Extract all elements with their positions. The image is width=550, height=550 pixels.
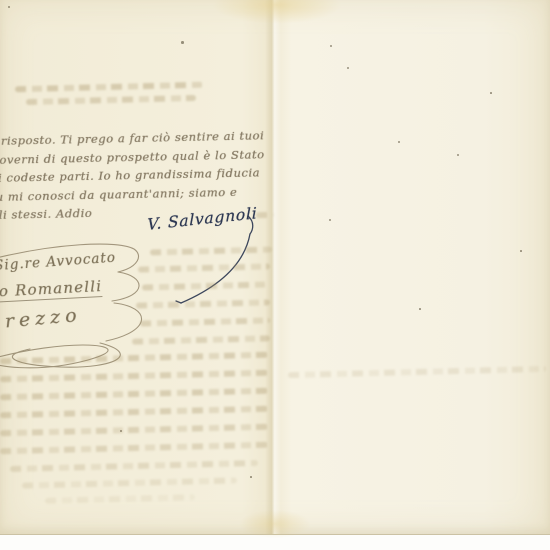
paper-speck: [8, 6, 10, 8]
ghost-line: [136, 299, 270, 308]
ghost-line: [0, 442, 268, 455]
ghost-line: [26, 95, 196, 105]
ghost-line: [132, 335, 270, 344]
letter-scan: a risposto. Ti prego a far ciò sentire a…: [0, 0, 550, 550]
paper-sheet: a risposto. Ti prego a far ciò sentire a…: [0, 0, 550, 535]
pen-flourishes: [0, 0, 550, 550]
address-line-recipient-title: Sig.re Avvocato: [0, 250, 116, 274]
signature-flourish-stroke: [0, 0, 550, 550]
paper-speck: [120, 430, 122, 432]
ghost-line: [0, 370, 268, 383]
paper-speck: [181, 41, 184, 44]
ghost-line: [0, 424, 268, 437]
ghost-line: [0, 388, 268, 401]
paper-speck: [329, 219, 331, 221]
address-line-city: Arezzo: [0, 304, 82, 334]
address-line-recipient-name: do Romanelli: [0, 277, 103, 303]
bottom-fold-stain: [240, 510, 310, 538]
paper-speck: [347, 67, 349, 69]
paper-speck: [520, 250, 522, 252]
ghost-line: [150, 247, 272, 256]
ghost-line: [45, 494, 195, 504]
paper-speck: [419, 308, 421, 310]
paper-speck: [398, 141, 400, 143]
paper-speck: [250, 476, 252, 478]
center-fold-crease: [265, 0, 281, 534]
paper-speck: [330, 45, 332, 47]
ghost-line: [15, 82, 203, 93]
ghost-line: [288, 366, 546, 378]
ghost-line: [138, 263, 270, 272]
ghost-line: [0, 406, 268, 419]
ghost-line: [22, 477, 237, 488]
ghost-line: [142, 281, 270, 290]
ghost-line: [0, 352, 268, 365]
top-fold-stain: [212, 0, 342, 24]
paper-speck: [457, 154, 459, 156]
ghost-line: [140, 317, 270, 326]
paper-speck: [490, 92, 492, 94]
ghost-line: [10, 460, 258, 472]
